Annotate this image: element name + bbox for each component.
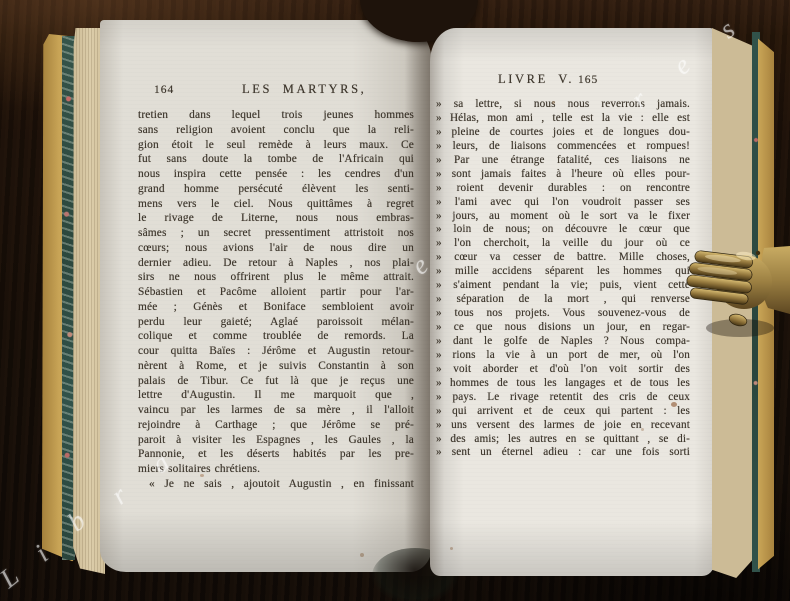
text-line: paroit à visiter les Espagnes , les Gaul… bbox=[138, 433, 414, 448]
text-line: » voit aborder et d'où l'on voit sortir … bbox=[436, 363, 690, 377]
text-line: nèrent à Rome, et je suivis Constantin à… bbox=[138, 359, 414, 374]
text-line: sâmes ; un secret pressentiment attristo… bbox=[138, 226, 414, 241]
left-running-title: LES MARTYRS, bbox=[242, 82, 366, 97]
right-page-number: 165 bbox=[578, 74, 598, 86]
right-page: LIVRE V. 165 » sa lettre, si nous nous r… bbox=[430, 28, 714, 576]
book-photograph: 164 LES MARTYRS, tretien dans lequel tro… bbox=[0, 0, 790, 601]
text-line: grand homme persécuté élèvent les senti- bbox=[138, 182, 414, 197]
text-line: nous inspira cette pensée : les cendres … bbox=[138, 167, 414, 182]
text-line: perdu leur gaieté; Aglaé paroissoit méla… bbox=[138, 315, 414, 330]
left-page-text-block: 164 LES MARTYRS, tretien dans lequel tro… bbox=[138, 82, 414, 492]
right-running-title: LIVRE V. bbox=[498, 72, 574, 87]
right-page-header: LIVRE V. 165 bbox=[436, 72, 690, 98]
text-line: sans religion avoient conclu que la reli… bbox=[138, 123, 414, 138]
text-line: » sent un éternel adieu : car une fois s… bbox=[436, 446, 690, 460]
left-marbled-endpaper-edge bbox=[62, 36, 75, 560]
text-line: dernier adieu. De retour à Naples , nos … bbox=[138, 256, 414, 271]
text-line: gion étoit le seul remède à leurs maux. … bbox=[138, 138, 414, 153]
text-line: mée ; Génès et Boniface sembloient avoir bbox=[138, 300, 414, 315]
foxing-spot bbox=[641, 428, 644, 431]
left-page-number: 164 bbox=[154, 84, 174, 96]
text-line: vaincu par les larmes de sa mère , il l'… bbox=[138, 403, 414, 418]
text-line: » Hélas, mon ami , telle est la vie : el… bbox=[436, 112, 690, 126]
text-line: « Je ne sais , ajoutoit Augustin , en fi… bbox=[138, 477, 414, 492]
text-line: » mille accidens séparent les hommes qui bbox=[436, 265, 690, 279]
text-line: fut sans doute la tombe de l'Africain qu… bbox=[138, 152, 414, 167]
foxing-spot bbox=[360, 553, 364, 557]
text-line: » Par une étrange fatalité, ces liaisons… bbox=[436, 154, 690, 168]
left-page-lines: tretien dans lequel trois jeunes hommess… bbox=[138, 108, 414, 492]
left-page: 164 LES MARTYRS, tretien dans lequel tro… bbox=[100, 20, 432, 572]
text-line: colique et comme troublée de remords. La bbox=[138, 329, 414, 344]
text-line: » jours, au moment où le sort va le fixe… bbox=[436, 210, 690, 224]
text-line: » ce que nous disions un jour, en regar- bbox=[436, 321, 690, 335]
watermark-letter: L bbox=[0, 561, 25, 595]
text-line: » uns versent des larmes de joie en rece… bbox=[436, 419, 690, 433]
text-line: mens vers le ciel. Nous quittâmes à regr… bbox=[138, 197, 414, 212]
text-line: cœurs; nous avions l'air de nous dire un bbox=[138, 241, 414, 256]
text-line: cour quitta Baïes : Jérôme et Augustin r… bbox=[138, 344, 414, 359]
text-line: sirs ne nous offrirent plus le même attr… bbox=[138, 270, 414, 285]
foxing-spot bbox=[552, 101, 555, 104]
text-line: miers solitaires chrétiens. bbox=[138, 462, 414, 477]
text-line: lettre d'Augustin. Il me marquoit que , bbox=[138, 388, 414, 403]
text-line: » qui arrivent et de ceux qui partent : … bbox=[436, 405, 690, 419]
text-line: Sébastien et Pacôme alloient partir pour… bbox=[138, 285, 414, 300]
text-line: » sa lettre, si nous nous reverrons jama… bbox=[436, 98, 690, 112]
text-line: » pleine de courtes joies et de longues … bbox=[436, 126, 690, 140]
text-line: le rivage de Literne, nous nous embras- bbox=[138, 211, 414, 226]
text-line: » l'on cherchoit, la veille du jour où c… bbox=[436, 237, 690, 251]
text-line: » sont jamais faites à l'heure où elles … bbox=[436, 168, 690, 182]
gilded-hand-page-holder-icon bbox=[686, 244, 790, 340]
text-line: » rions la vie à un port de mer, où l'on bbox=[436, 349, 690, 363]
right-page-lines: » sa lettre, si nous nous reverrons jama… bbox=[436, 98, 690, 460]
text-line: » leurs, de liaisons commencées et rompu… bbox=[436, 140, 690, 154]
text-line: tretien dans lequel trois jeunes hommes bbox=[138, 108, 414, 123]
text-line: » dant le golfe de Naples ? Nous compa- bbox=[436, 335, 690, 349]
text-line: » loin de nous; on découvre le cœur que bbox=[436, 223, 690, 237]
foxing-spot bbox=[200, 474, 204, 477]
foxing-spot bbox=[671, 402, 677, 407]
text-line: » tous nos projets. Vous souvenez-vous d… bbox=[436, 307, 690, 321]
text-line: » hommes de tous les langages et de tous… bbox=[436, 377, 690, 391]
text-line: rejoindre à Carthage ; que Jérôme se pré… bbox=[138, 418, 414, 433]
text-line: » cœur va cesser de battre. Mille choses… bbox=[436, 251, 690, 265]
foxing-spot bbox=[450, 547, 453, 550]
text-line: Pannonie, et les déserts habités par les… bbox=[138, 447, 414, 462]
text-line: » roient devenir durables : on rencontre bbox=[436, 182, 690, 196]
left-page-header: 164 LES MARTYRS, bbox=[138, 82, 414, 108]
text-line: » s'aiment pendant la vie; puis, vient c… bbox=[436, 279, 690, 293]
text-line: » séparation de la mort , qui renverse bbox=[436, 293, 690, 307]
text-line: » pays. Le rivage retentit des cris de c… bbox=[436, 391, 690, 405]
text-line: palais de Tibur. Ce fut là que je reçus … bbox=[138, 374, 414, 389]
right-page-text-block: LIVRE V. 165 » sa lettre, si nous nous r… bbox=[436, 72, 690, 460]
text-line: » des amis; les autres en se quittant , … bbox=[436, 433, 690, 447]
text-line: » l'ami avec qui l'on voudroit passer se… bbox=[436, 196, 690, 210]
